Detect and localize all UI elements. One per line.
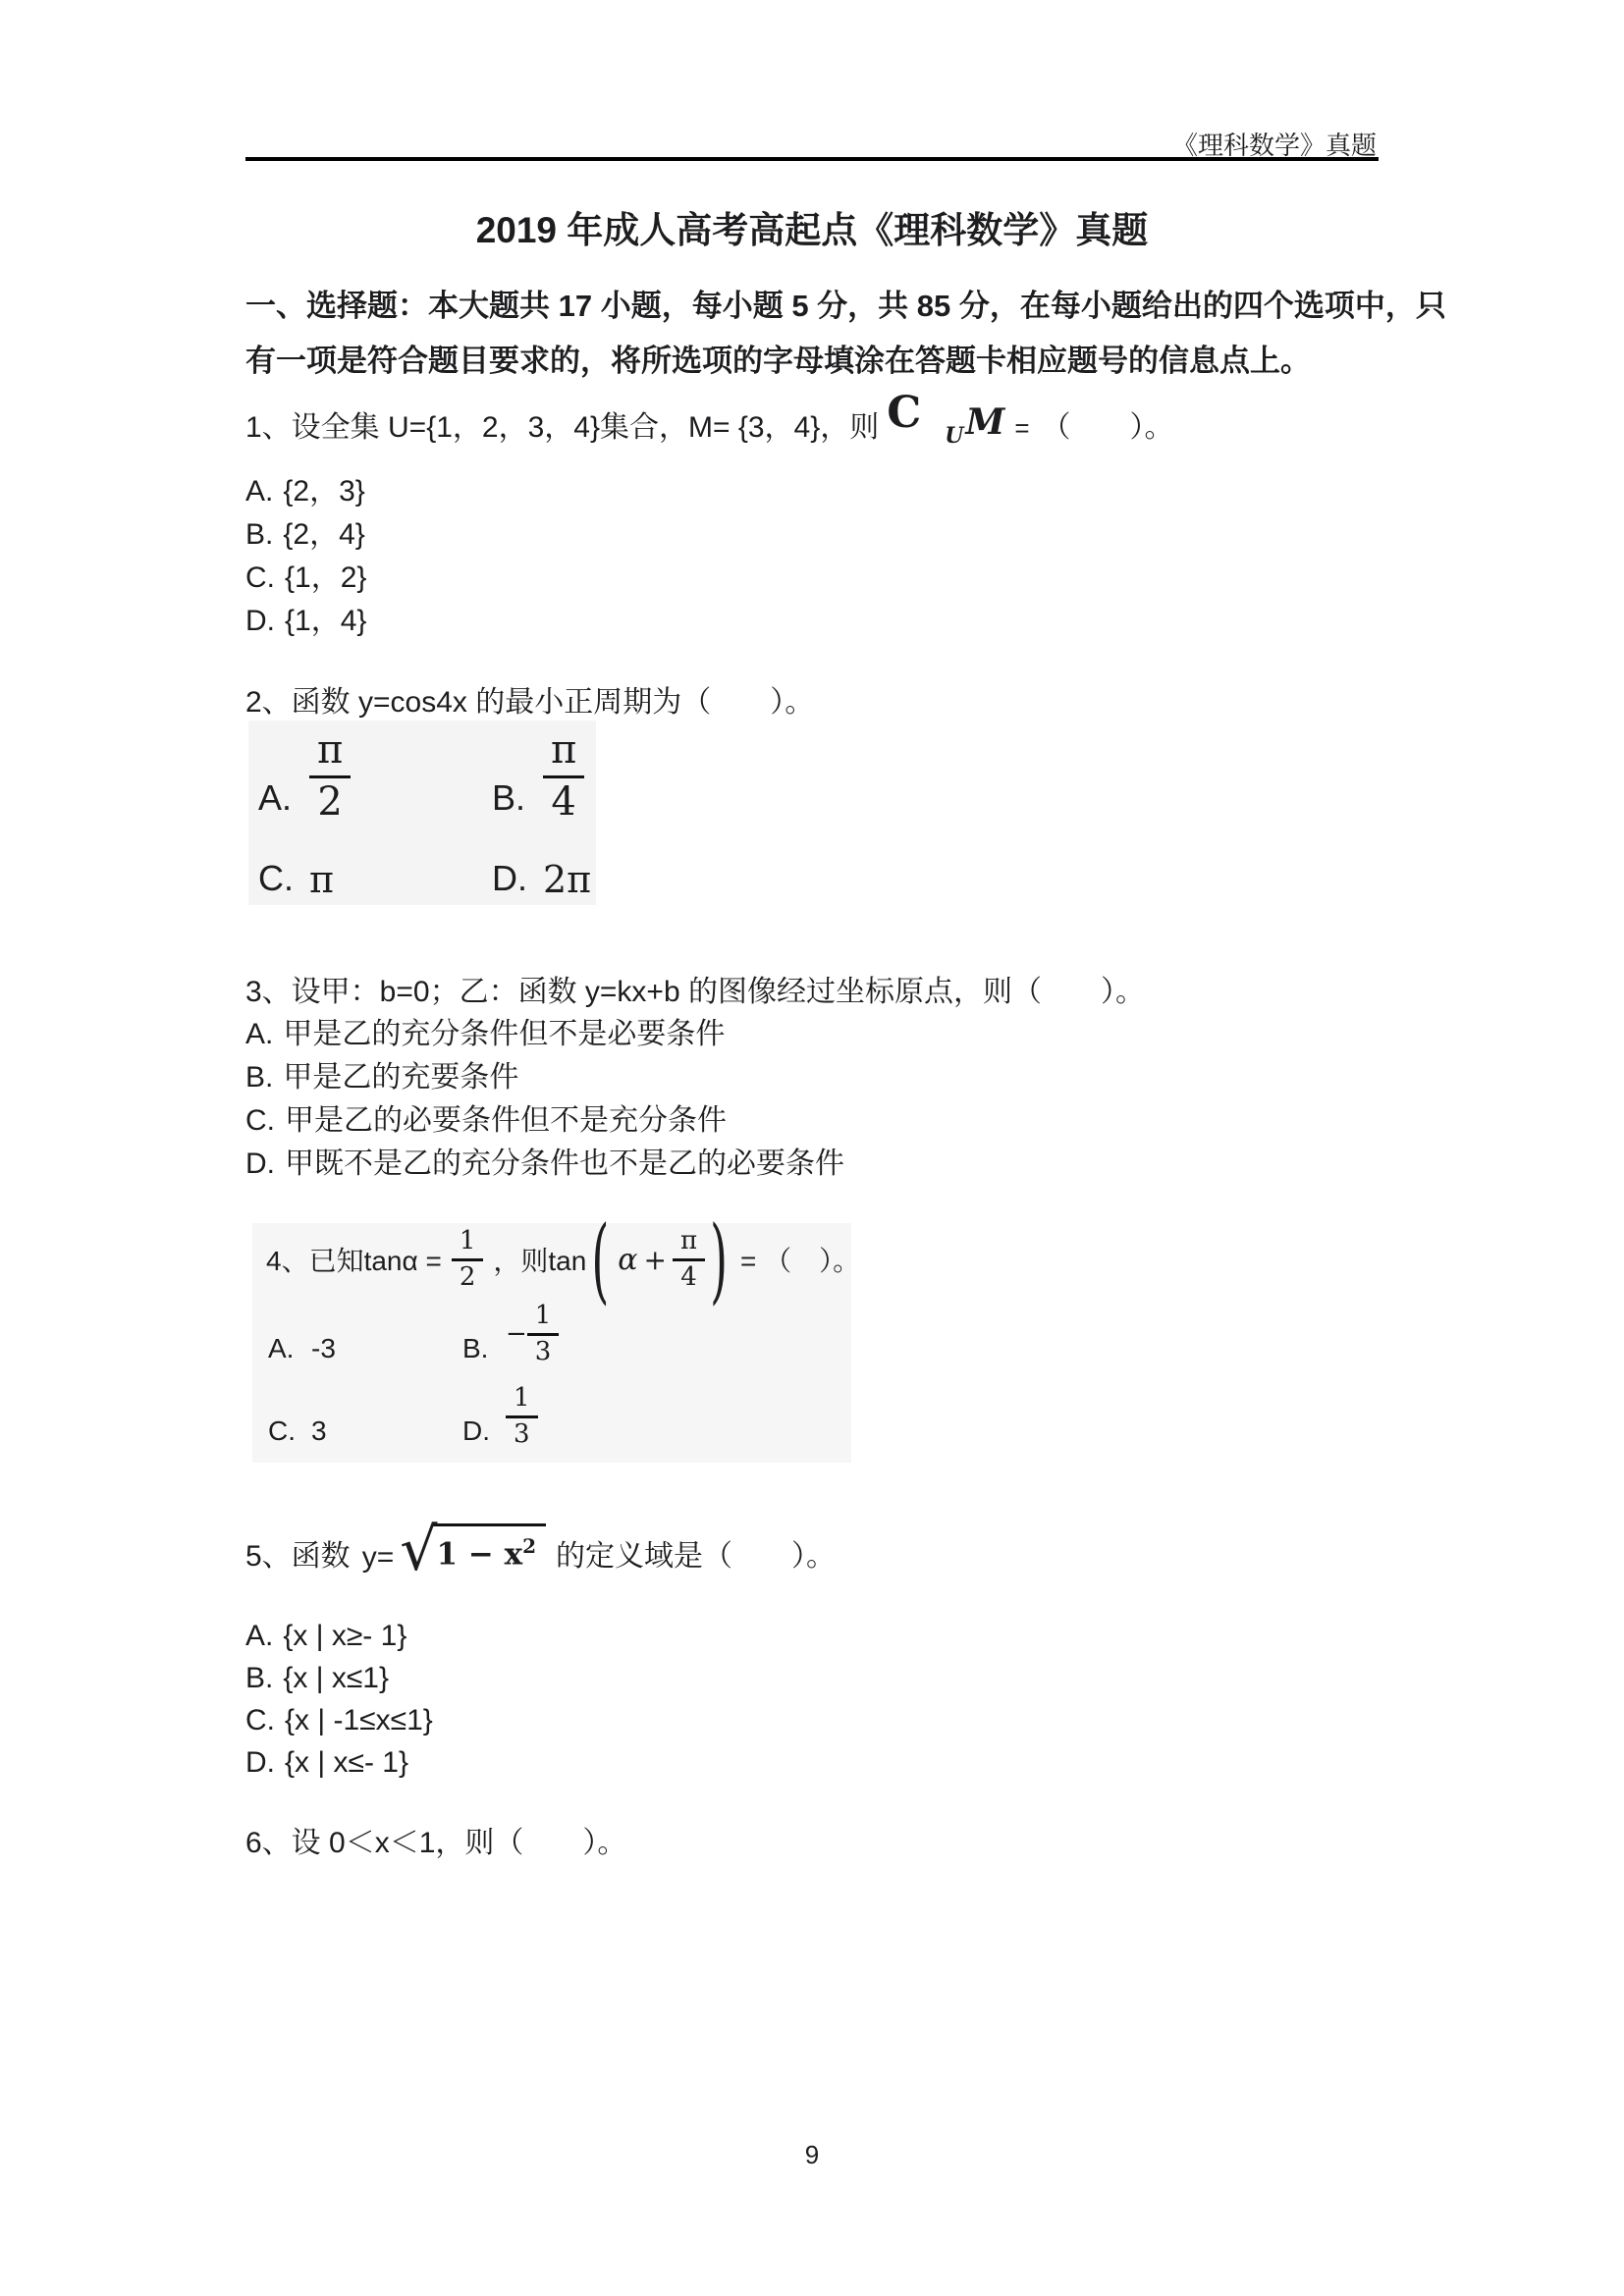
option-label: C. xyxy=(245,1104,275,1138)
fraction-pi-over-4: π 4 xyxy=(673,1227,705,1292)
square-root-expression: √ 1 − x2 xyxy=(400,1523,546,1582)
option-label: D. xyxy=(245,605,275,638)
question-6-stem: 6、设 0＜x＜1，则（ ）。 xyxy=(245,1818,626,1861)
fraction-1-over-3: 1 3 xyxy=(527,1302,560,1366)
left-paren: ( xyxy=(591,1213,609,1306)
q5-stem-text: 5、函数 xyxy=(245,1531,351,1582)
fraction-numerator: 1 xyxy=(506,1384,538,1418)
option-label: C. xyxy=(245,1704,275,1737)
option-label: B. xyxy=(245,1061,273,1095)
question-5-stem: 5、函数 y= √ 1 − x2 的定义域是（ ）。 xyxy=(245,1523,836,1582)
option-text: {x | -1≤x≤1} xyxy=(285,1704,433,1737)
plus-sign: + xyxy=(644,1244,667,1276)
option-text: 甲既不是乙的充分条件也不是乙的必要条件 xyxy=(285,1139,844,1182)
q1-set-m: M xyxy=(965,401,1004,443)
fraction-denominator: 2 xyxy=(317,778,342,825)
radicand-base: 1 − x xyxy=(436,1536,522,1572)
q1-equals: = xyxy=(1014,413,1029,443)
question-1-option-d: D. {1，4} xyxy=(245,596,366,639)
option-label: D. xyxy=(492,858,527,899)
fraction-denominator: 2 xyxy=(460,1261,476,1292)
option-label: C. xyxy=(245,561,275,595)
radicand: 1 − x2 xyxy=(432,1523,546,1572)
option-text: {x | x≤- 1} xyxy=(285,1746,408,1780)
option-negative-fraction: − 1 3 xyxy=(506,1302,559,1366)
fraction-numerator: 1 xyxy=(527,1302,560,1336)
option-text: {1，2} xyxy=(285,553,366,596)
option-text: {x | x≤1} xyxy=(283,1662,389,1695)
page-number: 9 xyxy=(0,2140,1624,2170)
question-5-option-d: D. {x | x≤- 1} xyxy=(245,1746,408,1780)
option-label: C. xyxy=(268,1415,296,1447)
q1-complement-symbol: C xyxy=(887,388,921,438)
q1-subscript-u: U xyxy=(945,423,963,449)
fraction-denominator: 4 xyxy=(680,1261,697,1292)
fraction-denominator: 4 xyxy=(551,778,575,825)
question-3-option-d: D. 甲既不是乙的充分条件也不是乙的必要条件 xyxy=(245,1139,844,1182)
right-paren: ) xyxy=(710,1213,728,1306)
fraction-denominator: 3 xyxy=(535,1336,552,1366)
question-5-option-a: A. {x | x≥- 1} xyxy=(245,1620,406,1653)
option-text: {2，4} xyxy=(283,509,364,553)
section-heading: 一、选择题：本大题共 17 小题，每小题 5 分，共 85 分，在每小题给出的四… xyxy=(245,279,1414,389)
option-text: {x | x≥- 1} xyxy=(283,1620,406,1653)
q5-y-equals: y= xyxy=(362,1541,395,1582)
option-label: A. xyxy=(245,475,273,508)
fraction-1-over-3: 1 3 xyxy=(506,1384,538,1449)
option-label: D. xyxy=(245,1746,275,1780)
option-label: D. xyxy=(462,1415,490,1447)
document-title: 2019 年成人高考高起点《理科数学》真题 xyxy=(0,200,1624,253)
option-text: π xyxy=(309,858,334,901)
section-heading-line2: 有一项是符合题目要求的，将所选项的字母填涂在答题卡相应题号的信息点上。 xyxy=(245,334,1414,389)
question-1-option-c: C. {1，2} xyxy=(245,553,366,596)
option-label: A. xyxy=(268,1333,294,1364)
question-5-option-c: C. {x | -1≤x≤1} xyxy=(245,1704,433,1737)
option-text: {2，3} xyxy=(283,466,364,509)
option-label: A. xyxy=(258,777,292,819)
question-5-option-b: B. {x | x≤1} xyxy=(245,1662,389,1695)
option-label: D. xyxy=(245,1148,275,1181)
fraction-numerator: π xyxy=(543,728,584,778)
option-text: 甲是乙的充分条件但不是必要条件 xyxy=(283,1009,725,1052)
section-heading-line1: 一、选择题：本大题共 17 小题，每小题 5 分，共 85 分，在每小题给出的四… xyxy=(245,279,1414,334)
exam-page: 《理科数学》真题 2019 年成人高考高起点《理科数学》真题 一、选择题：本大题… xyxy=(0,0,1624,2296)
option-label: B. xyxy=(245,1662,273,1695)
question-1-option-b: B. {2，4} xyxy=(245,509,365,553)
question-3-option-b: B. 甲是乙的充要条件 xyxy=(245,1052,518,1095)
fraction-numerator: 1 xyxy=(452,1227,484,1261)
q1-answer-blank: （ ）。 xyxy=(1042,411,1174,444)
minus-sign: − xyxy=(506,1319,527,1349)
radical-sign: √ xyxy=(400,1521,437,1579)
q4-stem-text: 4、已知tanα = xyxy=(266,1240,442,1279)
option-text: 3 xyxy=(311,1415,327,1447)
q4-answer-blank: = （ ）。 xyxy=(740,1240,860,1279)
alpha-symbol: α xyxy=(618,1243,637,1277)
question-1-option-a: A. {2，3} xyxy=(245,466,365,509)
fraction-denominator: 3 xyxy=(514,1418,530,1449)
q2-options-image: A. π 2 B. π 4 C. π D. 2π xyxy=(248,721,596,905)
option-label: B. xyxy=(462,1333,488,1364)
option-text: 甲是乙的必要条件但不是充分条件 xyxy=(285,1095,727,1139)
fraction-numerator: π xyxy=(673,1227,705,1261)
question-3-stem: 3、设甲：b=0；乙：函数 y=kx+b 的图像经过坐标原点，则（ ）。 xyxy=(245,967,1145,1010)
option-label: B. xyxy=(245,518,273,552)
option-text: 甲是乙的充要条件 xyxy=(283,1052,518,1095)
option-text: -3 xyxy=(311,1333,336,1364)
option-label: A. xyxy=(245,1018,273,1051)
fraction-pi-over-2: π 2 xyxy=(309,728,351,825)
q4-question-image: 4、已知tanα = 1 2 ，则tan ( α + π 4 ) = （ ）。 … xyxy=(252,1223,851,1463)
radicand-exponent: 2 xyxy=(522,1534,536,1558)
option-label: C. xyxy=(258,858,294,899)
fraction-numerator: π xyxy=(309,728,351,778)
question-3-option-c: C. 甲是乙的必要条件但不是充分条件 xyxy=(245,1095,727,1139)
question-3-option-a: A. 甲是乙的充分条件但不是必要条件 xyxy=(245,1009,725,1052)
question-2-stem: 2、函数 y=cos4x 的最小正周期为（ ）。 xyxy=(245,677,814,721)
fraction-pi-over-4: π 4 xyxy=(543,728,584,825)
option-text: 2π xyxy=(543,858,591,901)
fraction-1-over-2: 1 2 xyxy=(452,1227,484,1292)
header-rule xyxy=(245,157,1379,161)
question-1-stem: 1、设全集 U={1，2，3，4}集合，M= {3，4}，则CUM=（ ）。 xyxy=(245,398,1174,448)
question-4-stem: 4、已知tanα = 1 2 ，则tan ( α + π 4 ) = （ ）。 xyxy=(266,1227,860,1292)
q4-stem-mid: ，则tan xyxy=(493,1240,586,1279)
option-label: A. xyxy=(245,1620,273,1653)
option-label: B. xyxy=(492,777,525,819)
option-text: {1，4} xyxy=(285,596,366,639)
q5-stem-suffix: 的定义域是（ ）。 xyxy=(556,1531,836,1582)
q1-stem-text: 1、设全集 U={1，2，3，4}集合，M= {3，4}，则 xyxy=(245,411,879,444)
